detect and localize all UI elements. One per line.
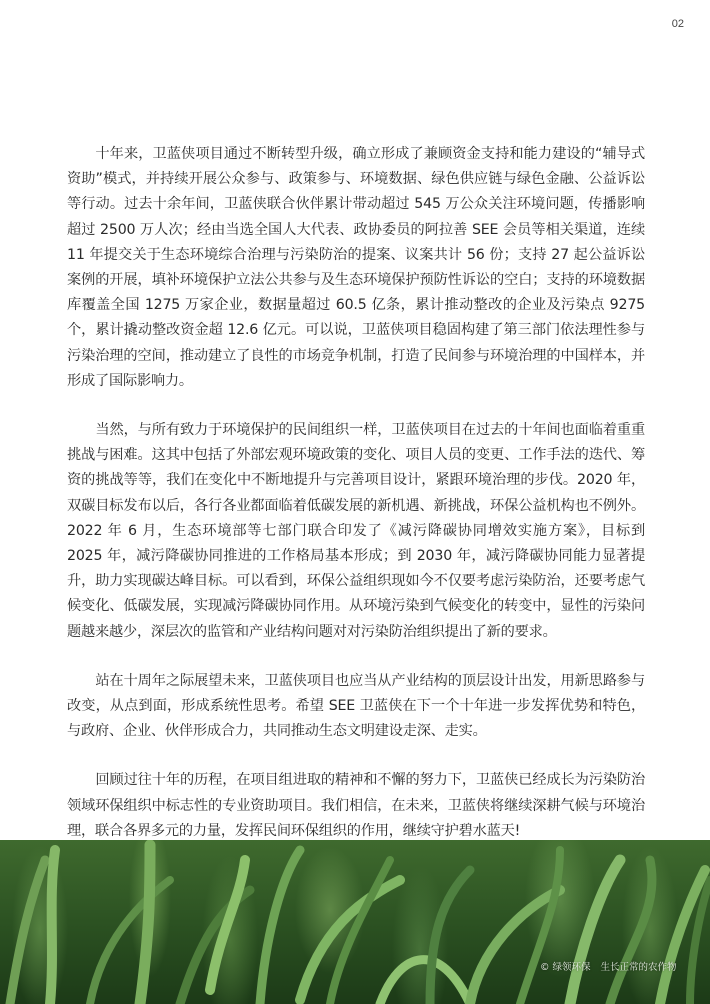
paragraph-outlook: 站在十周年之际展望未来，卫蓝侠项目也应当从产业结构的顶层设计出发，用新思路参与改… bbox=[67, 669, 645, 745]
page-number: 02 bbox=[672, 18, 684, 30]
corn-field-photo: © 绿领环保生长正常的农作物 bbox=[0, 840, 710, 1004]
paragraph-conclusion: 回顾过往十年的历程，在项目组进取的精神和不懈的努力下，卫蓝侠已经成长为污染防治领… bbox=[67, 768, 645, 844]
article-body: 十年来，卫蓝侠项目通过不断转型升级，确立形成了兼顾资金支持和能力建设的“辅导式资… bbox=[67, 142, 645, 868]
photo-credit: © 绿领环保 bbox=[540, 962, 591, 973]
photo-caption: © 绿领环保生长正常的农作物 bbox=[540, 959, 677, 973]
paragraph-challenges: 当然，与所有致力于环境保护的民间组织一样，卫蓝侠项目在过去的十年间也面临着重重挑… bbox=[67, 418, 645, 645]
paragraph-achievements: 十年来，卫蓝侠项目通过不断转型升级，确立形成了兼顾资金支持和能力建设的“辅导式资… bbox=[67, 142, 645, 394]
photo-caption-text: 生长正常的农作物 bbox=[601, 962, 677, 973]
corn-leaves-illustration bbox=[0, 840, 710, 1004]
